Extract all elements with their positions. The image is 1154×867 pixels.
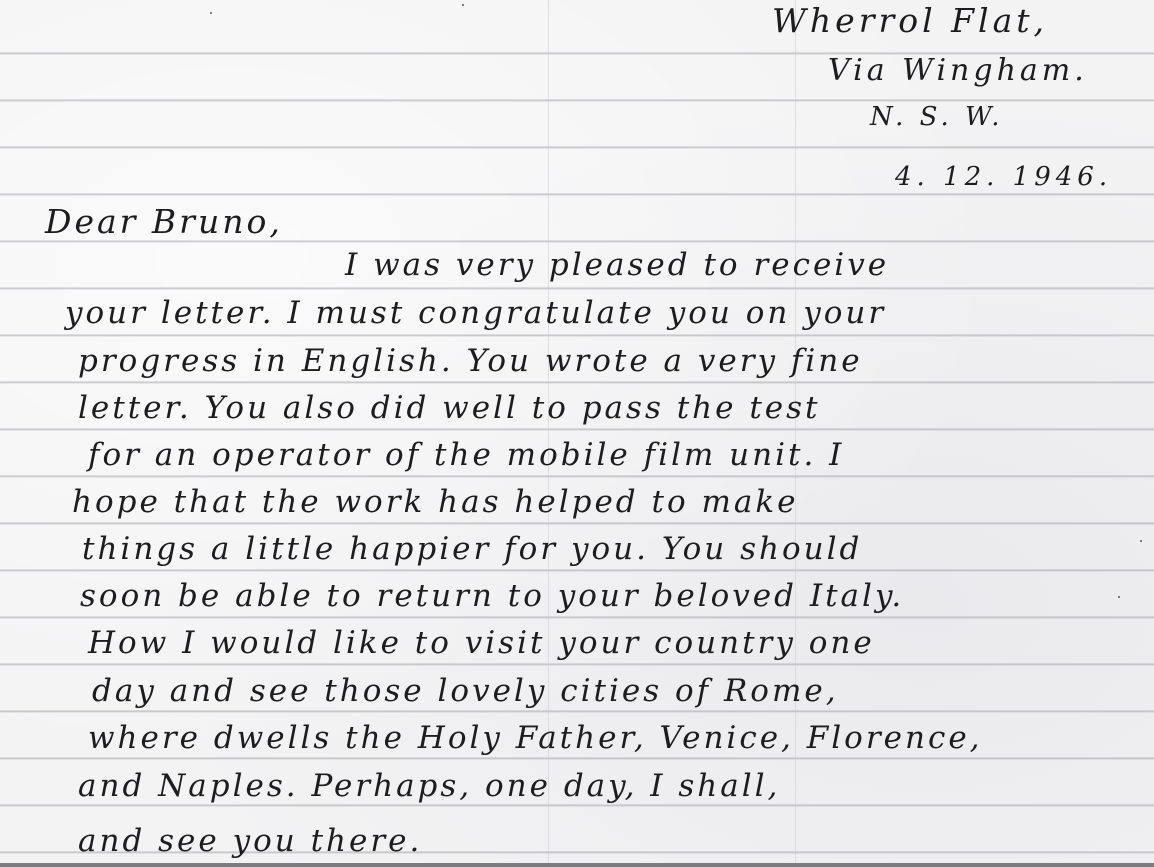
body-line: and see you there. — [78, 826, 422, 857]
body-line: How I would like to visit your country o… — [88, 628, 875, 659]
body-line: where dwells the Holy Father, Venice, Fl… — [88, 723, 983, 754]
scan-speck — [1118, 596, 1120, 598]
body-line: soon be able to return to your beloved I… — [80, 581, 904, 612]
scan-bottom-edge — [0, 863, 1154, 867]
body-line: and Naples. Perhaps, one day, I shall, — [78, 771, 780, 802]
body-line: things a little happier for you. You sho… — [82, 534, 862, 565]
body-line: for an operator of the mobile film unit.… — [88, 440, 844, 471]
body-line: day and see those lovely cities of Rome, — [92, 676, 839, 707]
letter-date: 4. 12. 1946. — [895, 164, 1112, 190]
scan-speck — [462, 4, 464, 6]
body-line: hope that the work has helped to make — [72, 487, 798, 518]
salutation: Dear Bruno, — [45, 205, 283, 238]
address-line-2: Via Wingham. — [828, 56, 1088, 86]
address-line-3: N. S. W. — [870, 104, 1003, 130]
body-line: letter. You also did well to pass the te… — [78, 393, 821, 424]
scan-speck — [210, 12, 212, 14]
body-line: your letter. I must congratulate you on … — [65, 298, 886, 329]
body-line: progress in English. You wrote a very fi… — [78, 346, 863, 377]
address-line-1: Wherrol Flat, — [772, 4, 1048, 37]
letter-page: Wherrol Flat, Via Wingham. N. S. W. 4. 1… — [0, 0, 1154, 863]
body-line: I was very pleased to receive — [345, 250, 889, 281]
scan-speck — [1140, 540, 1142, 542]
